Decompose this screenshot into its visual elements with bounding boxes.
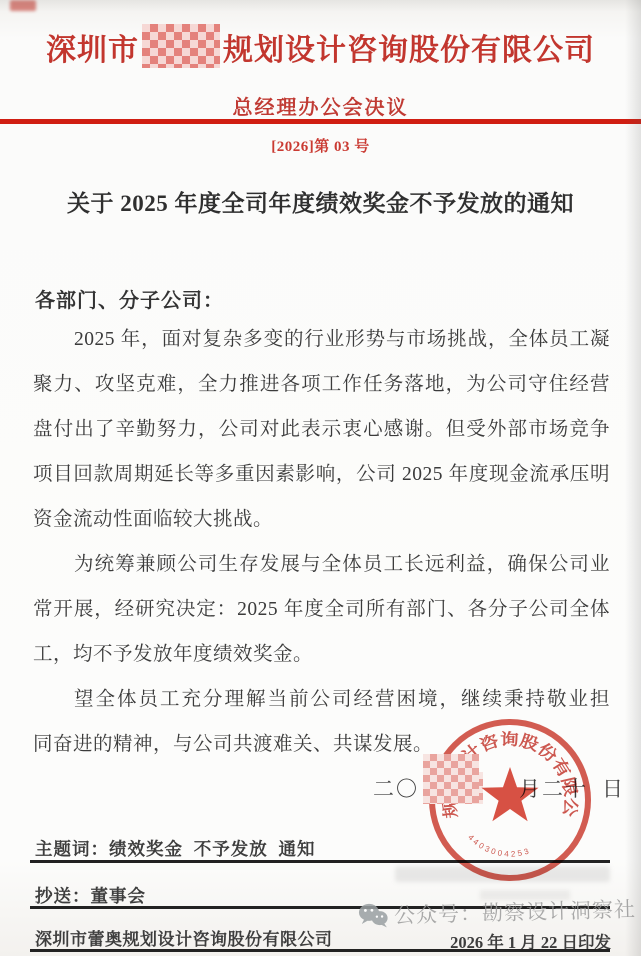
body-line: 工，均不予发放年度绩效奖金。 bbox=[33, 632, 610, 677]
body-line: 为统筹兼顾公司生存发展与全体员工长远利益，确保公司业务正 bbox=[33, 542, 610, 587]
watermark: 公众号：勘察设计洞察社 bbox=[358, 893, 637, 930]
cc-line: 抄送：董事会 bbox=[35, 883, 146, 908]
issuer-name: 深圳市蕾奥规划设计咨询股份有限公司 bbox=[35, 925, 333, 950]
wechat-icon bbox=[358, 901, 389, 929]
meeting-subtitle: 总经理办公会决议 bbox=[0, 91, 641, 120]
body-line: 常开展，经研究决定：2025 年度全司所有部门、各分子公司全体员 bbox=[33, 587, 610, 632]
body-line: 聚力、攻坚克难，全力推进各项工作任务落地，为公司守住经营基本 bbox=[33, 362, 610, 407]
body-line: 盘付出了辛勤努力，公司对此表示衷心感谢。但受外部市场竞争加剧、 bbox=[33, 407, 610, 452]
company-name-heading: 深圳市规划设计咨询股份有限公司 bbox=[0, 24, 641, 69]
paragraph-2: 为统筹兼顾公司生存发展与全体员工长远利益，确保公司业务正 常开展，经研究决定：2… bbox=[33, 542, 610, 677]
red-divider-line bbox=[0, 119, 641, 124]
company-name-prefix: 深圳市 bbox=[46, 34, 139, 67]
svg-text:4403004253: 4403004253 bbox=[466, 833, 532, 859]
document-page: 深圳市规划设计咨询股份有限公司 总经理办公会决议 [2026]第 03 号 关于… bbox=[0, 0, 641, 956]
body-line: 2025 年，面对复杂多变的行业形势与市场挑战，全体员工凝心 bbox=[33, 317, 610, 362]
seal-star-icon bbox=[481, 767, 538, 821]
body-line: 资金流动性面临较大挑战。 bbox=[33, 497, 610, 542]
body-line: 项目回款周期延长等多重因素影响，公司 2025 年度现金流承压明显， bbox=[33, 452, 610, 497]
watermark-text: 公众号：勘察设计洞察社 bbox=[394, 893, 637, 929]
footer-underline bbox=[30, 949, 610, 952]
seal-serial-number: 4403004253 bbox=[466, 833, 532, 859]
redaction-blur bbox=[423, 754, 479, 804]
page-corner-artifact bbox=[10, 0, 36, 11]
document-number: [2026]第 03 号 bbox=[0, 135, 641, 156]
salutation: 各部门、分子公司： bbox=[35, 284, 224, 313]
company-name-suffix: 规划设计咨询股份有限公司 bbox=[223, 34, 595, 67]
redaction-blur bbox=[142, 24, 220, 68]
subject-keywords: 主题词：绩效奖金 不予发放 通知 bbox=[35, 836, 316, 861]
paragraph-1: 2025 年，面对复杂多变的行业形势与市场挑战，全体员工凝心 聚力、攻坚克难，全… bbox=[33, 317, 610, 542]
notice-title: 关于 2025 年度全司年度绩效奖金不予发放的通知 bbox=[0, 185, 641, 218]
